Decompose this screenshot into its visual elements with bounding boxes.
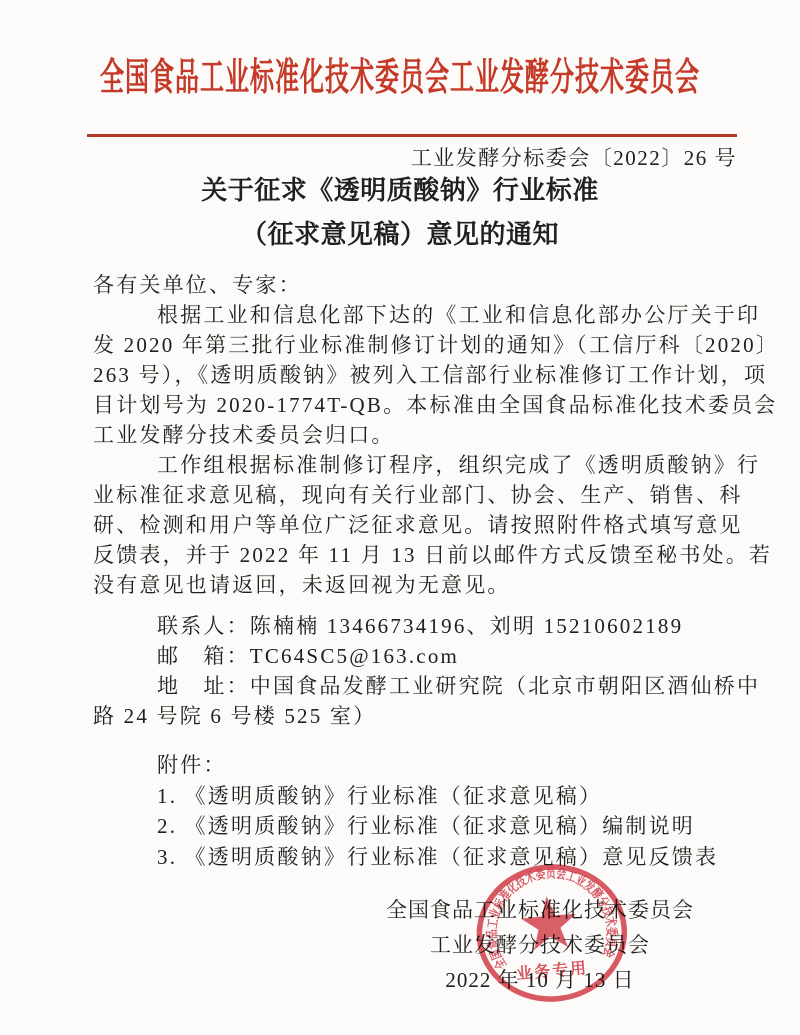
- signature-date: 2022 年 10 月 13 日: [340, 963, 740, 998]
- document-title: 关于征求《透明质酸钠》行业标准 （征求意见稿）意见的通知: [0, 169, 800, 257]
- attachment-item: 2. 《透明质酸钠》行业标准（征求意见稿）编制说明: [93, 811, 753, 842]
- body-line: 工业发酵分技术委员会归口。: [93, 420, 753, 450]
- body-line: 发 2020 年第三批行业标准制修订计划的通知》（工信厅科〔2020〕: [93, 330, 753, 360]
- contact-info: 联系人：陈楠楠 13466734196、刘明 15210602189 邮 箱：T…: [93, 611, 753, 731]
- document-number: 工业发酵分标委会〔2022〕26 号: [411, 142, 737, 172]
- attachment-item: 1. 《透明质酸钠》行业标准（征求意见稿）: [93, 781, 753, 812]
- attachment-item: 3. 《透明质酸钠》行业标准（征求意见稿）意见反馈表: [93, 842, 753, 873]
- body-line: 263 号），《透明质酸钠》被列入工信部行业标准修订工作计划，项: [93, 360, 753, 390]
- body-line: 根据工业和信息化部下达的《工业和信息化部办公厅关于印: [93, 300, 753, 330]
- contact-address-line1: 地 址：中国食品发酵工业研究院（北京市朝阳区酒仙桥中: [93, 671, 753, 701]
- attachments-list: 附件： 1. 《透明质酸钠》行业标准（征求意见稿） 2. 《透明质酸钠》行业标准…: [93, 750, 753, 872]
- attachments-heading: 附件：: [93, 750, 753, 781]
- contact-email-line: 邮 箱：TC64SC5@163.com: [93, 641, 753, 671]
- body-line: 业标准征求意见稿，现向有关行业部门、协会、生产、销售、科: [93, 480, 753, 510]
- salutation: 各有关单位、专家：: [93, 270, 753, 300]
- signature-org-line1: 全国食品工业标准化技术委员会: [340, 893, 740, 928]
- contact-address-line2: 路 24 号院 6 号楼 525 室）: [93, 701, 753, 731]
- scanned-notice-document: 全国食品工业标准化技术委员会工业发酵分技术委员会 工业发酵分标委会〔2022〕2…: [0, 0, 800, 1035]
- document-title-line2: （征求意见稿）意见的通知: [0, 213, 800, 257]
- signature-org-line2: 工业发酵分技术委员会: [340, 928, 740, 963]
- body-line: 没有意见也请返回，未返回视为无意见。: [93, 570, 753, 600]
- org-header-title: 全国食品工业标准化技术委员会工业发酵分技术委员会: [0, 60, 800, 98]
- body-line: 研、检测和用户等单位广泛征求意见。请按照附件格式填写意见: [93, 510, 753, 540]
- body-line: 反馈表，并于 2022 年 11 月 13 日前以邮件方式反馈至秘书处。若: [93, 540, 753, 570]
- body-line: 目计划号为 2020-1774T-QB。本标准由全国食品标准化技术委员会: [93, 390, 753, 420]
- header-divider-rule: [87, 134, 737, 137]
- contact-person-line: 联系人：陈楠楠 13466734196、刘明 15210602189: [93, 611, 753, 641]
- body-line: 工作组根据标准制修订程序，组织完成了《透明质酸钠》行: [93, 450, 753, 480]
- signature-block: 全国食品工业标准化技术委员会 工业发酵分技术委员会 2022 年 10 月 13…: [340, 893, 740, 998]
- document-title-line1: 关于征求《透明质酸钠》行业标准: [0, 169, 800, 213]
- body-text: 各有关单位、专家： 根据工业和信息化部下达的《工业和信息化部办公厅关于印 发 2…: [93, 270, 753, 600]
